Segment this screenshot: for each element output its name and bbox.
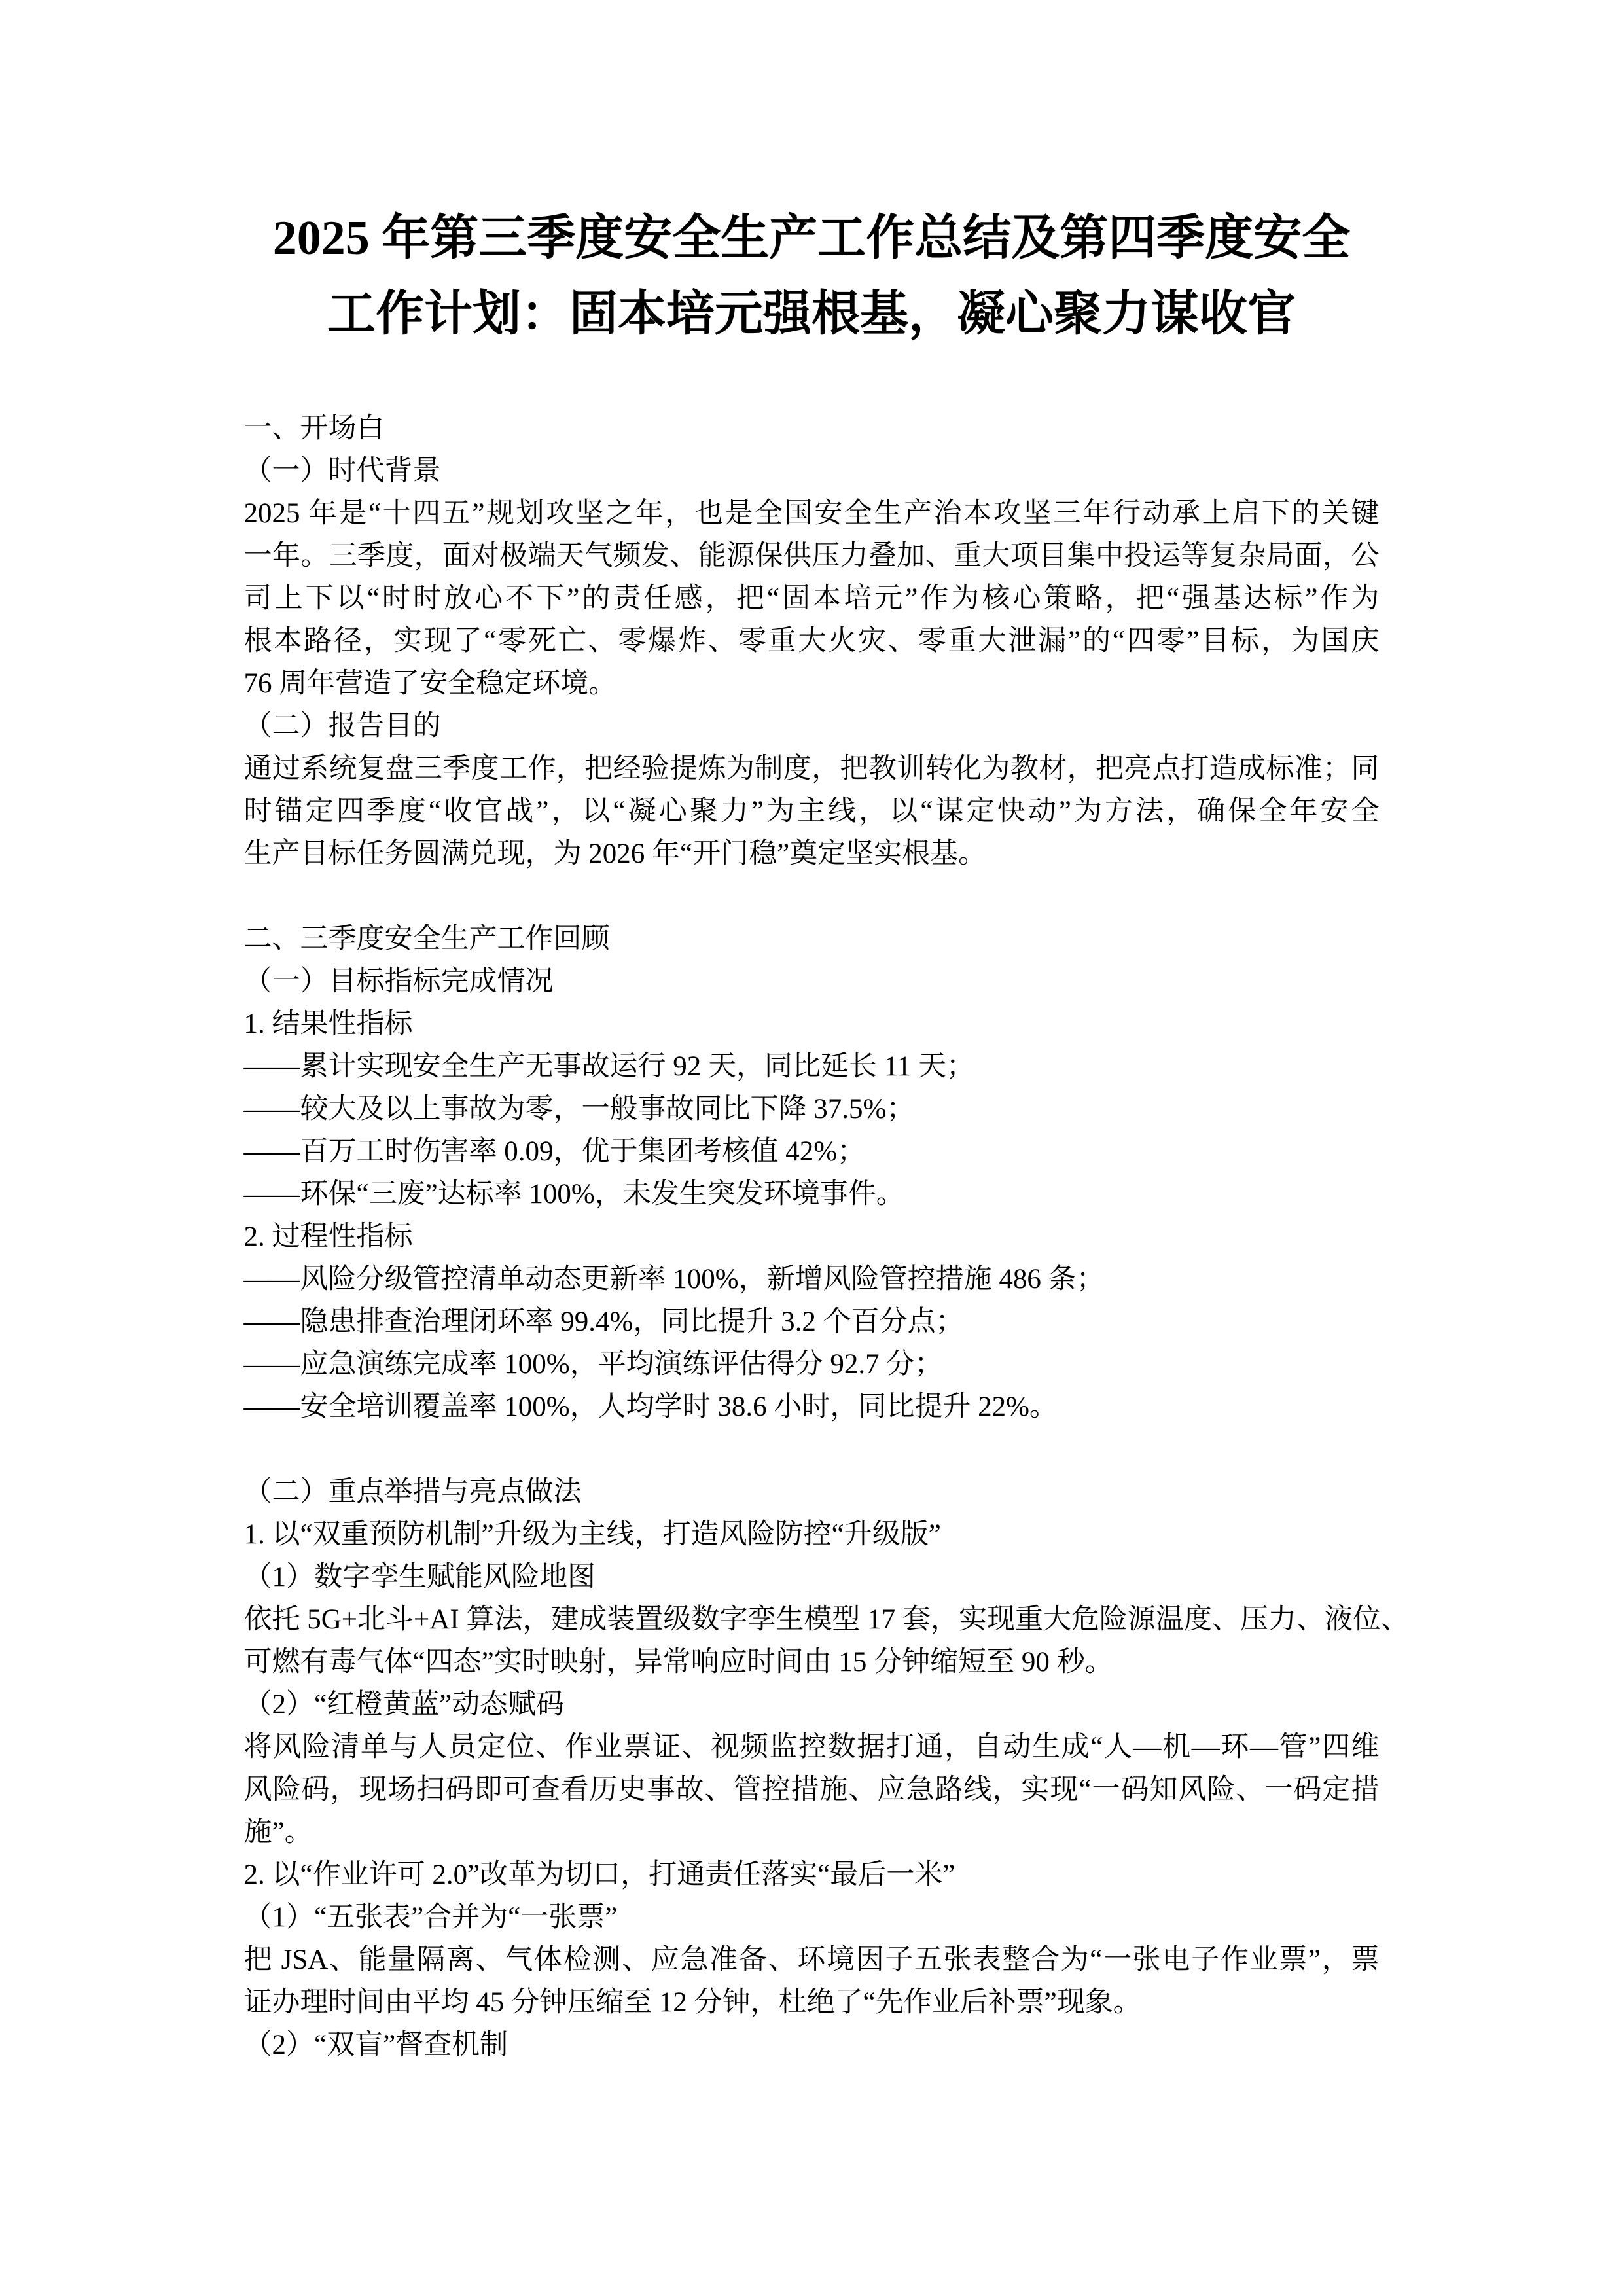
text-line: ——累计实现安全生产无事故运行 92 天，同比延长 11 天； <box>244 1045 1380 1088</box>
text-line: 一、开场白 <box>244 407 1380 450</box>
text-line: 二、三季度安全生产工作回顾 <box>244 918 1380 960</box>
text-line: 通过系统复盘三季度工作，把经验提炼为制度，把教训转化为教材，把亮点打造成标准；同 <box>244 747 1380 790</box>
text-line: （二）重点举措与亮点做法 <box>244 1471 1380 1513</box>
text-line: 2025 年第三季度安全生产工作总结及第四季度安全 <box>183 200 1440 276</box>
text-line: （1）“五张表”合并为“一张票” <box>244 1896 1380 1939</box>
text-line: 根本路径，实现了“零死亡、零爆炸、零重大火灾、零重大泄漏”的“四零”目标，为国庆 <box>244 620 1380 662</box>
text-line: （1）数字孪生赋能风险地图 <box>244 1556 1380 1598</box>
document-body: 一、开场白（一）时代背景2025 年是“十四五”规划攻坚之年，也是全国安全生产治… <box>244 407 1380 2066</box>
text-line: 时锚定四季度“收官战”，以“凝心聚力”为主线，以“谋定快动”为方法，确保全年安全 <box>244 790 1380 833</box>
text-line: （2）“双盲”督查机制 <box>244 2024 1380 2066</box>
text-line: ——隐患排查治理闭环率 99.4%，同比提升 3.2 个百分点； <box>244 1300 1380 1343</box>
text-line: 2. 以“作业许可 2.0”改革为切口，打通责任落实“最后一米” <box>244 1854 1380 1896</box>
text-line: 施”。 <box>244 1811 1380 1854</box>
text-line: ——百万工时伤害率 0.09，优于集团考核值 42%； <box>244 1130 1380 1173</box>
text-line: 证办理时间由平均 45 分钟压缩至 12 分钟，杜绝了“先作业后补票”现象。 <box>244 1981 1380 2024</box>
text-line: 2025 年是“十四五”规划攻坚之年，也是全国安全生产治本攻坚三年行动承上启下的… <box>244 492 1380 535</box>
text-line: ——环保“三废”达标率 100%，未发生突发环境事件。 <box>244 1173 1380 1215</box>
text-line: 1. 结果性指标 <box>244 1003 1380 1045</box>
document-title: 2025 年第三季度安全生产工作总结及第四季度安全工作计划：固本培元强根基，凝心… <box>183 0 1440 352</box>
text-line: （一）目标指标完成情况 <box>244 960 1380 1003</box>
blank-line <box>244 875 1380 918</box>
blank-line <box>244 1428 1380 1471</box>
text-line: 可燃有毒气体“四态”实时映射，异常响应时间由 15 分钟缩短至 90 秒。 <box>244 1641 1380 1683</box>
text-line: 1. 以“双重预防机制”升级为主线，打造风险防控“升级版” <box>244 1513 1380 1556</box>
text-line: 风险码，现场扫码即可查看历史事故、管控措施、应急路线，实现“一码知风险、一码定措 <box>244 1768 1380 1811</box>
text-line: ——风险分级管控清单动态更新率 100%，新增风险管控措施 486 条； <box>244 1258 1380 1300</box>
text-line: 一年。三季度，面对极端天气频发、能源保供压力叠加、重大项目集中投运等复杂局面，公 <box>244 535 1380 577</box>
text-line: 76 周年营造了安全稳定环境。 <box>244 662 1380 705</box>
text-line: 2. 过程性指标 <box>244 1215 1380 1258</box>
text-line: 把 JSA、能量隔离、气体检测、应急准备、环境因子五张表整合为“一张电子作业票”… <box>244 1939 1380 1981</box>
text-line: ——安全培训覆盖率 100%，人均学时 38.6 小时，同比提升 22%。 <box>244 1386 1380 1428</box>
text-line: ——较大及以上事故为零，一般事故同比下降 37.5%； <box>244 1088 1380 1130</box>
text-line: （二）报告目的 <box>244 705 1380 747</box>
text-line: （一）时代背景 <box>244 450 1380 492</box>
text-line: ——应急演练完成率 100%，平均演练评估得分 92.7 分； <box>244 1343 1380 1386</box>
text-line: 依托 5G+北斗+AI 算法，建成装置级数字孪生模型 17 套，实现重大危险源温… <box>244 1598 1380 1641</box>
text-line: 生产目标任务圆满兑现，为 2026 年“开门稳”奠定坚实根基。 <box>244 833 1380 875</box>
text-line: 将风险清单与人员定位、作业票证、视频监控数据打通，自动生成“人—机—环—管”四维 <box>244 1726 1380 1768</box>
document-page: 2025 年第三季度安全生产工作总结及第四季度安全工作计划：固本培元强根基，凝心… <box>0 0 1623 2296</box>
text-line: 工作计划：固本培元强根基，凝心聚力谋收官 <box>183 276 1440 352</box>
text-line: 司上下以“时时放心不下”的责任感，把“固本培元”作为核心策略，把“强基达标”作为 <box>244 577 1380 620</box>
text-line: （2）“红橙黄蓝”动态赋码 <box>244 1683 1380 1726</box>
